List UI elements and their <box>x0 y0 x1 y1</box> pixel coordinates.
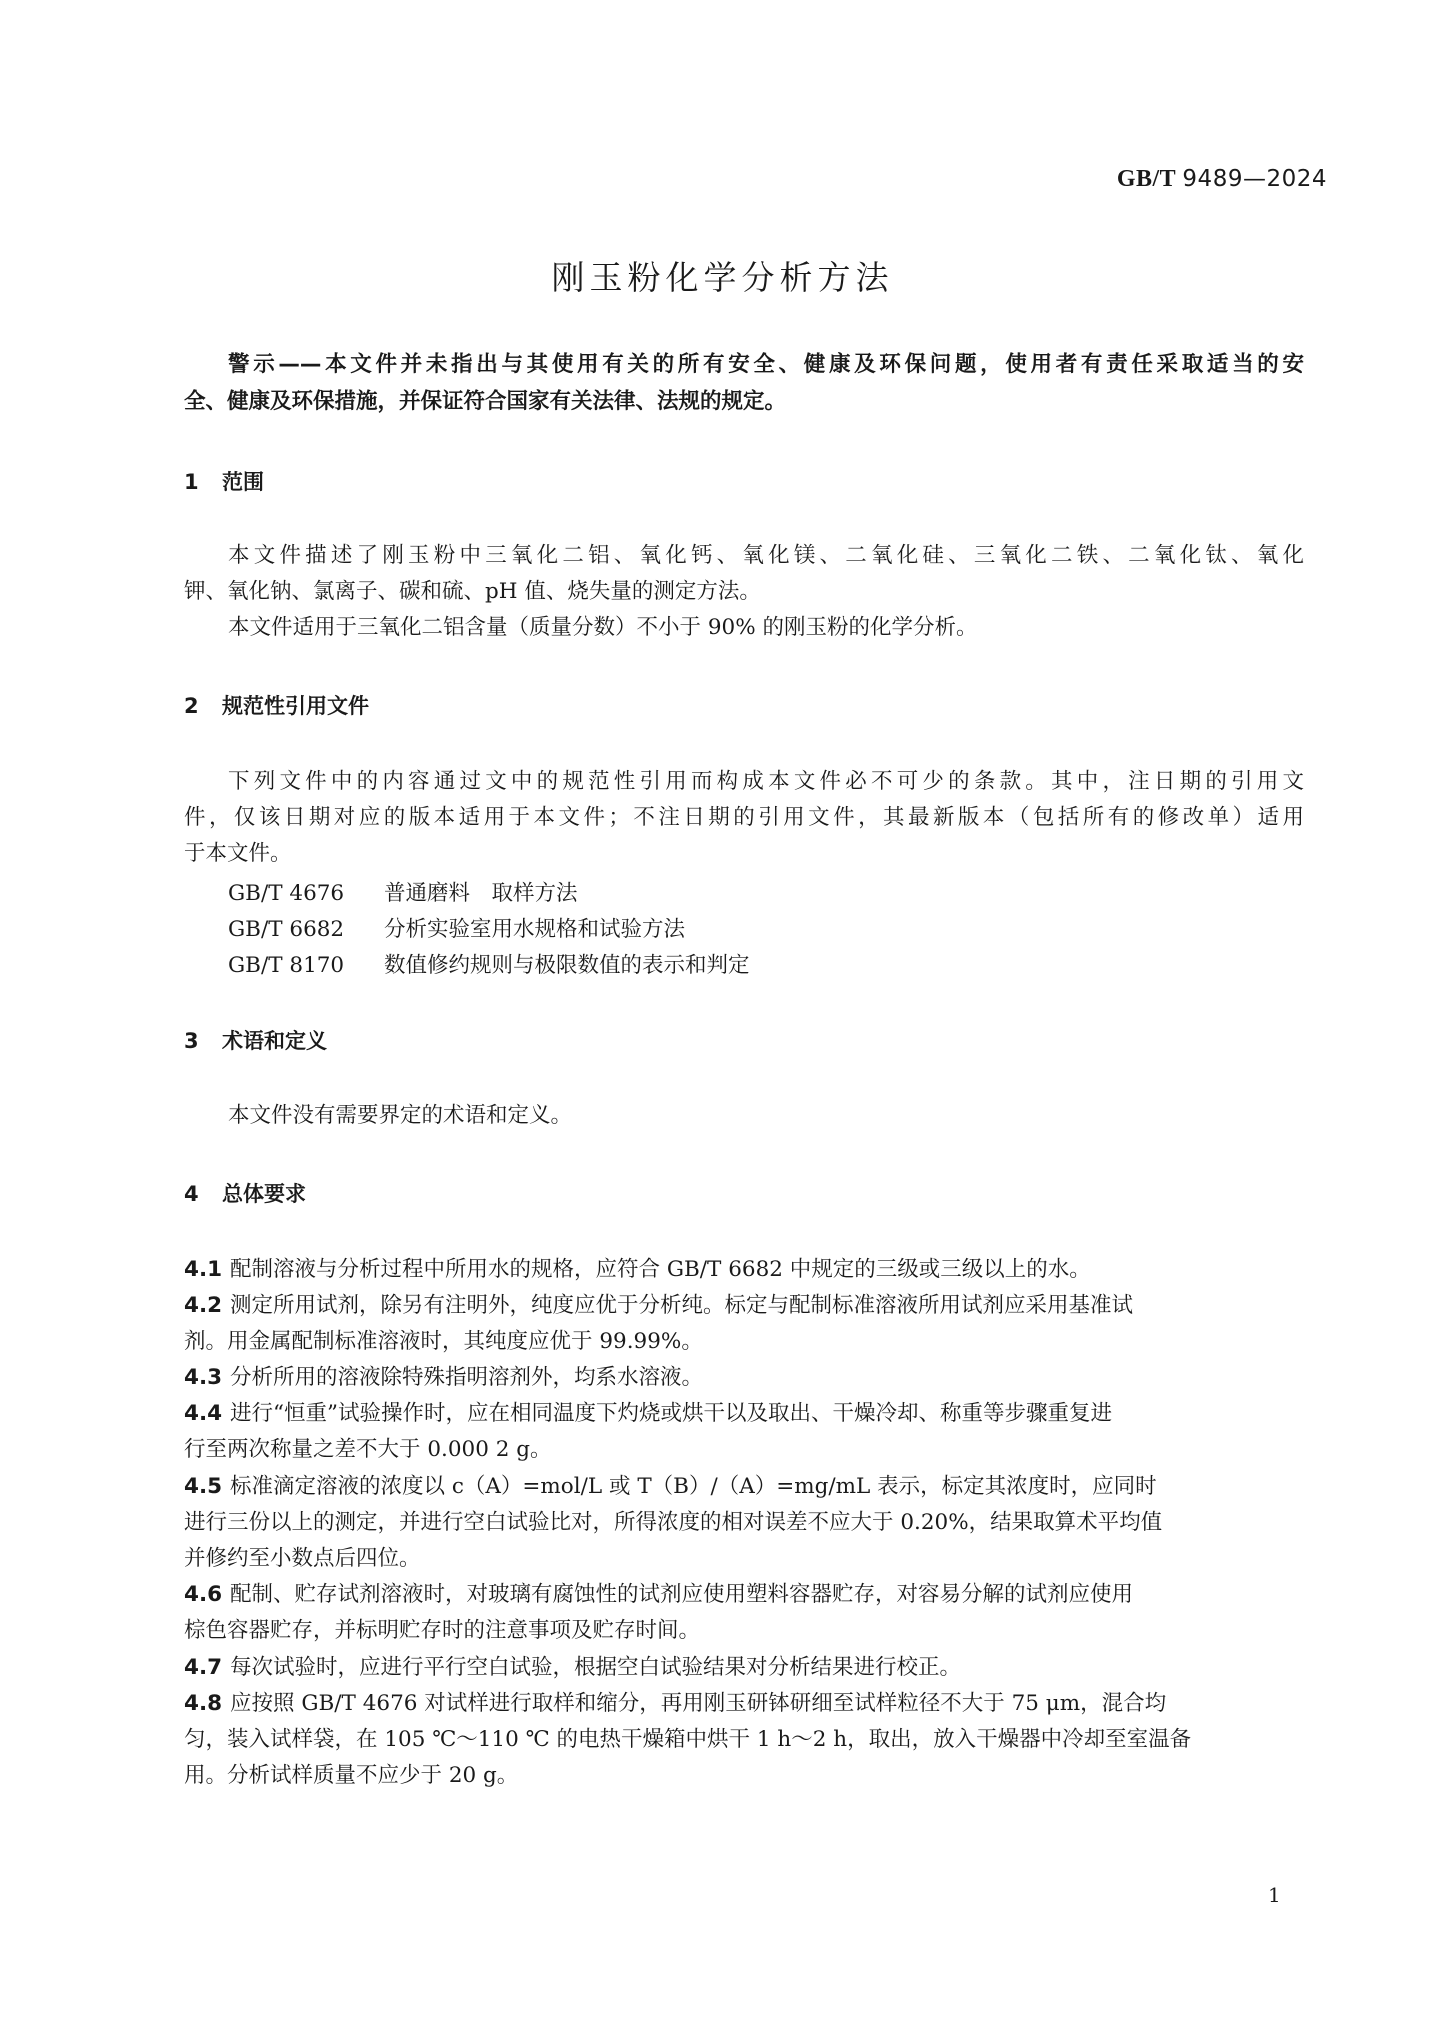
paragraph-line: 本文件描述了刚玉粉中三氧化二铝、氧化钙、氧化镁、二氧化硅、三氧化二铁、二氧化钛、… <box>228 541 1304 571</box>
clause-number: 4.5 <box>184 1472 230 1502</box>
paragraph-line: 钾、氧化钠、氯离子、碳和硫、pH 值、烧失量的测定方法。 <box>184 577 1304 607</box>
standard-prefix: GB/T <box>1117 166 1176 192</box>
section-title: 范围 <box>222 470 264 494</box>
clause-text: 每次试验时，应进行平行空白试验，根据空白试验结果对分析结果进行校正。 <box>230 1655 961 1680</box>
clause-continuation: 进行三份以上的测定，并进行空白试验比对，所得浓度的相对误差不应大于 0.20%，… <box>184 1508 1304 1538</box>
clause-continuation: 匀，装入试样袋，在 105 ℃～110 ℃ 的电热干燥箱中烘干 1 h～2 h，… <box>184 1725 1304 1755</box>
clause-number: 4.8 <box>184 1689 230 1719</box>
clause-continuation: 剂。用金属配制标准溶液时，其纯度应优于 99.99%。 <box>184 1327 1304 1357</box>
section-number: 4 <box>184 1182 222 1206</box>
clause-4-4: 4.4进行“恒重”试验操作时，应在相同温度下灼烧或烘干以及取出、干燥冷却、称重等… <box>184 1399 1304 1429</box>
clause-4-2: 4.2测定所用试剂，除另有注明外，纯度应优于分析纯。标定与配制标准溶液所用试剂应… <box>184 1291 1304 1321</box>
standard-code: 9489—2024 <box>1182 166 1327 192</box>
standard-number: GB/T 9489—2024 <box>1117 166 1327 193</box>
clause-continuation: 用。分析试样质量不应少于 20 g。 <box>184 1761 1304 1791</box>
reference-title: 数值修约规则与极限数值的表示和判定 <box>384 953 750 978</box>
reference-code: GB/T 6682 <box>228 917 384 942</box>
reference-code: GB/T 4676 <box>228 881 384 906</box>
clause-number: 4.1 <box>184 1255 230 1285</box>
reference-item: GB/T 6682分析实验室用水规格和试验方法 <box>228 912 685 943</box>
paragraph-line: 下列文件中的内容通过文中的规范性引用而构成本文件必不可少的条款。其中，注日期的引… <box>228 767 1304 797</box>
section-title: 总体要求 <box>222 1182 306 1206</box>
clause-continuation: 棕色容器贮存，并标明贮存时的注意事项及贮存时间。 <box>184 1616 1304 1646</box>
clause-text: 分析所用的溶液除特殊指明溶剂外，均系水溶液。 <box>230 1365 703 1390</box>
paragraph-line: 本文件没有需要界定的术语和定义。 <box>228 1101 1348 1131</box>
clause-text: 配制溶液与分析过程中所用水的规格，应符合 GB/T 6682 中规定的三级或三级… <box>230 1257 1091 1282</box>
section-number: 2 <box>184 694 222 718</box>
clause-text: 应按照 GB/T 4676 对试样进行取样和缩分，再用刚玉研钵研细至试样粒径不大… <box>230 1691 1166 1716</box>
section-title: 术语和定义 <box>222 1029 327 1053</box>
document-title: 刚玉粉化学分析方法 <box>0 252 1445 299</box>
clause-number: 4.3 <box>184 1363 230 1393</box>
clause-continuation: 并修约至小数点后四位。 <box>184 1544 1304 1574</box>
paragraph-line: 件，仅该日期对应的版本适用于本文件；不注日期的引用文件，其最新版本（包括所有的修… <box>184 803 1304 833</box>
reference-title: 普通磨料 取样方法 <box>384 881 578 906</box>
section-heading-terms: 3术语和定义 <box>184 1025 327 1055</box>
clause-4-5: 4.5标准滴定溶液的浓度以 c（A）=mol/L 或 T（B）/（A）=mg/m… <box>184 1472 1304 1502</box>
paragraph-line: 本文件适用于三氧化二铝含量（质量分数）不小于 90% 的刚玉粉的化学分析。 <box>228 613 1348 643</box>
reference-title: 分析实验室用水规格和试验方法 <box>384 917 685 942</box>
page-number: 1 <box>1268 1883 1281 1907</box>
section-heading-normative-references: 2规范性引用文件 <box>184 690 369 720</box>
warning-line: 警示——本文件并未指出与其使用有关的所有安全、健康及环保问题，使用者有责任采取适… <box>228 350 1304 380</box>
section-number: 3 <box>184 1029 222 1053</box>
clause-number: 4.6 <box>184 1580 230 1610</box>
warning-line: 全、健康及环保措施，并保证符合国家有关法律、法规的规定。 <box>184 387 1304 417</box>
reference-item: GB/T 4676普通磨料 取样方法 <box>228 876 578 907</box>
clause-4-3: 4.3分析所用的溶液除特殊指明溶剂外，均系水溶液。 <box>184 1363 1304 1393</box>
paragraph-line: 于本文件。 <box>184 839 1304 869</box>
clause-number: 4.2 <box>184 1291 230 1321</box>
reference-item: GB/T 8170数值修约规则与极限数值的表示和判定 <box>228 948 750 979</box>
clause-text: 进行“恒重”试验操作时，应在相同温度下灼烧或烘干以及取出、干燥冷却、称重等步骤重… <box>230 1401 1112 1426</box>
clause-number: 4.7 <box>184 1653 230 1683</box>
clause-text: 测定所用试剂，除另有注明外，纯度应优于分析纯。标定与配制标准溶液所用试剂应采用基… <box>230 1293 1133 1318</box>
clause-4-7: 4.7每次试验时，应进行平行空白试验，根据空白试验结果对分析结果进行校正。 <box>184 1653 1304 1683</box>
clause-4-8: 4.8应按照 GB/T 4676 对试样进行取样和缩分，再用刚玉研钵研细至试样粒… <box>184 1689 1304 1719</box>
section-heading-scope: 1范围 <box>184 466 264 496</box>
clause-number: 4.4 <box>184 1399 230 1429</box>
clause-text: 标准滴定溶液的浓度以 c（A）=mol/L 或 T（B）/（A）=mg/mL 表… <box>230 1474 1157 1499</box>
section-heading-general-requirements: 4总体要求 <box>184 1178 306 1208</box>
clause-continuation: 行至两次称量之差不大于 0.000 2 g。 <box>184 1435 1304 1465</box>
section-number: 1 <box>184 470 222 494</box>
clause-4-1: 4.1配制溶液与分析过程中所用水的规格，应符合 GB/T 6682 中规定的三级… <box>184 1255 1304 1285</box>
reference-code: GB/T 8170 <box>228 953 384 978</box>
section-title: 规范性引用文件 <box>222 694 369 718</box>
document-page: GB/T 9489—2024 刚玉粉化学分析方法 警示——本文件并未指出与其使用… <box>0 0 1445 2043</box>
clause-text: 配制、贮存试剂溶液时，对玻璃有腐蚀性的试剂应使用塑料容器贮存，对容易分解的试剂应… <box>230 1582 1133 1607</box>
clause-4-6: 4.6配制、贮存试剂溶液时，对玻璃有腐蚀性的试剂应使用塑料容器贮存，对容易分解的… <box>184 1580 1304 1610</box>
